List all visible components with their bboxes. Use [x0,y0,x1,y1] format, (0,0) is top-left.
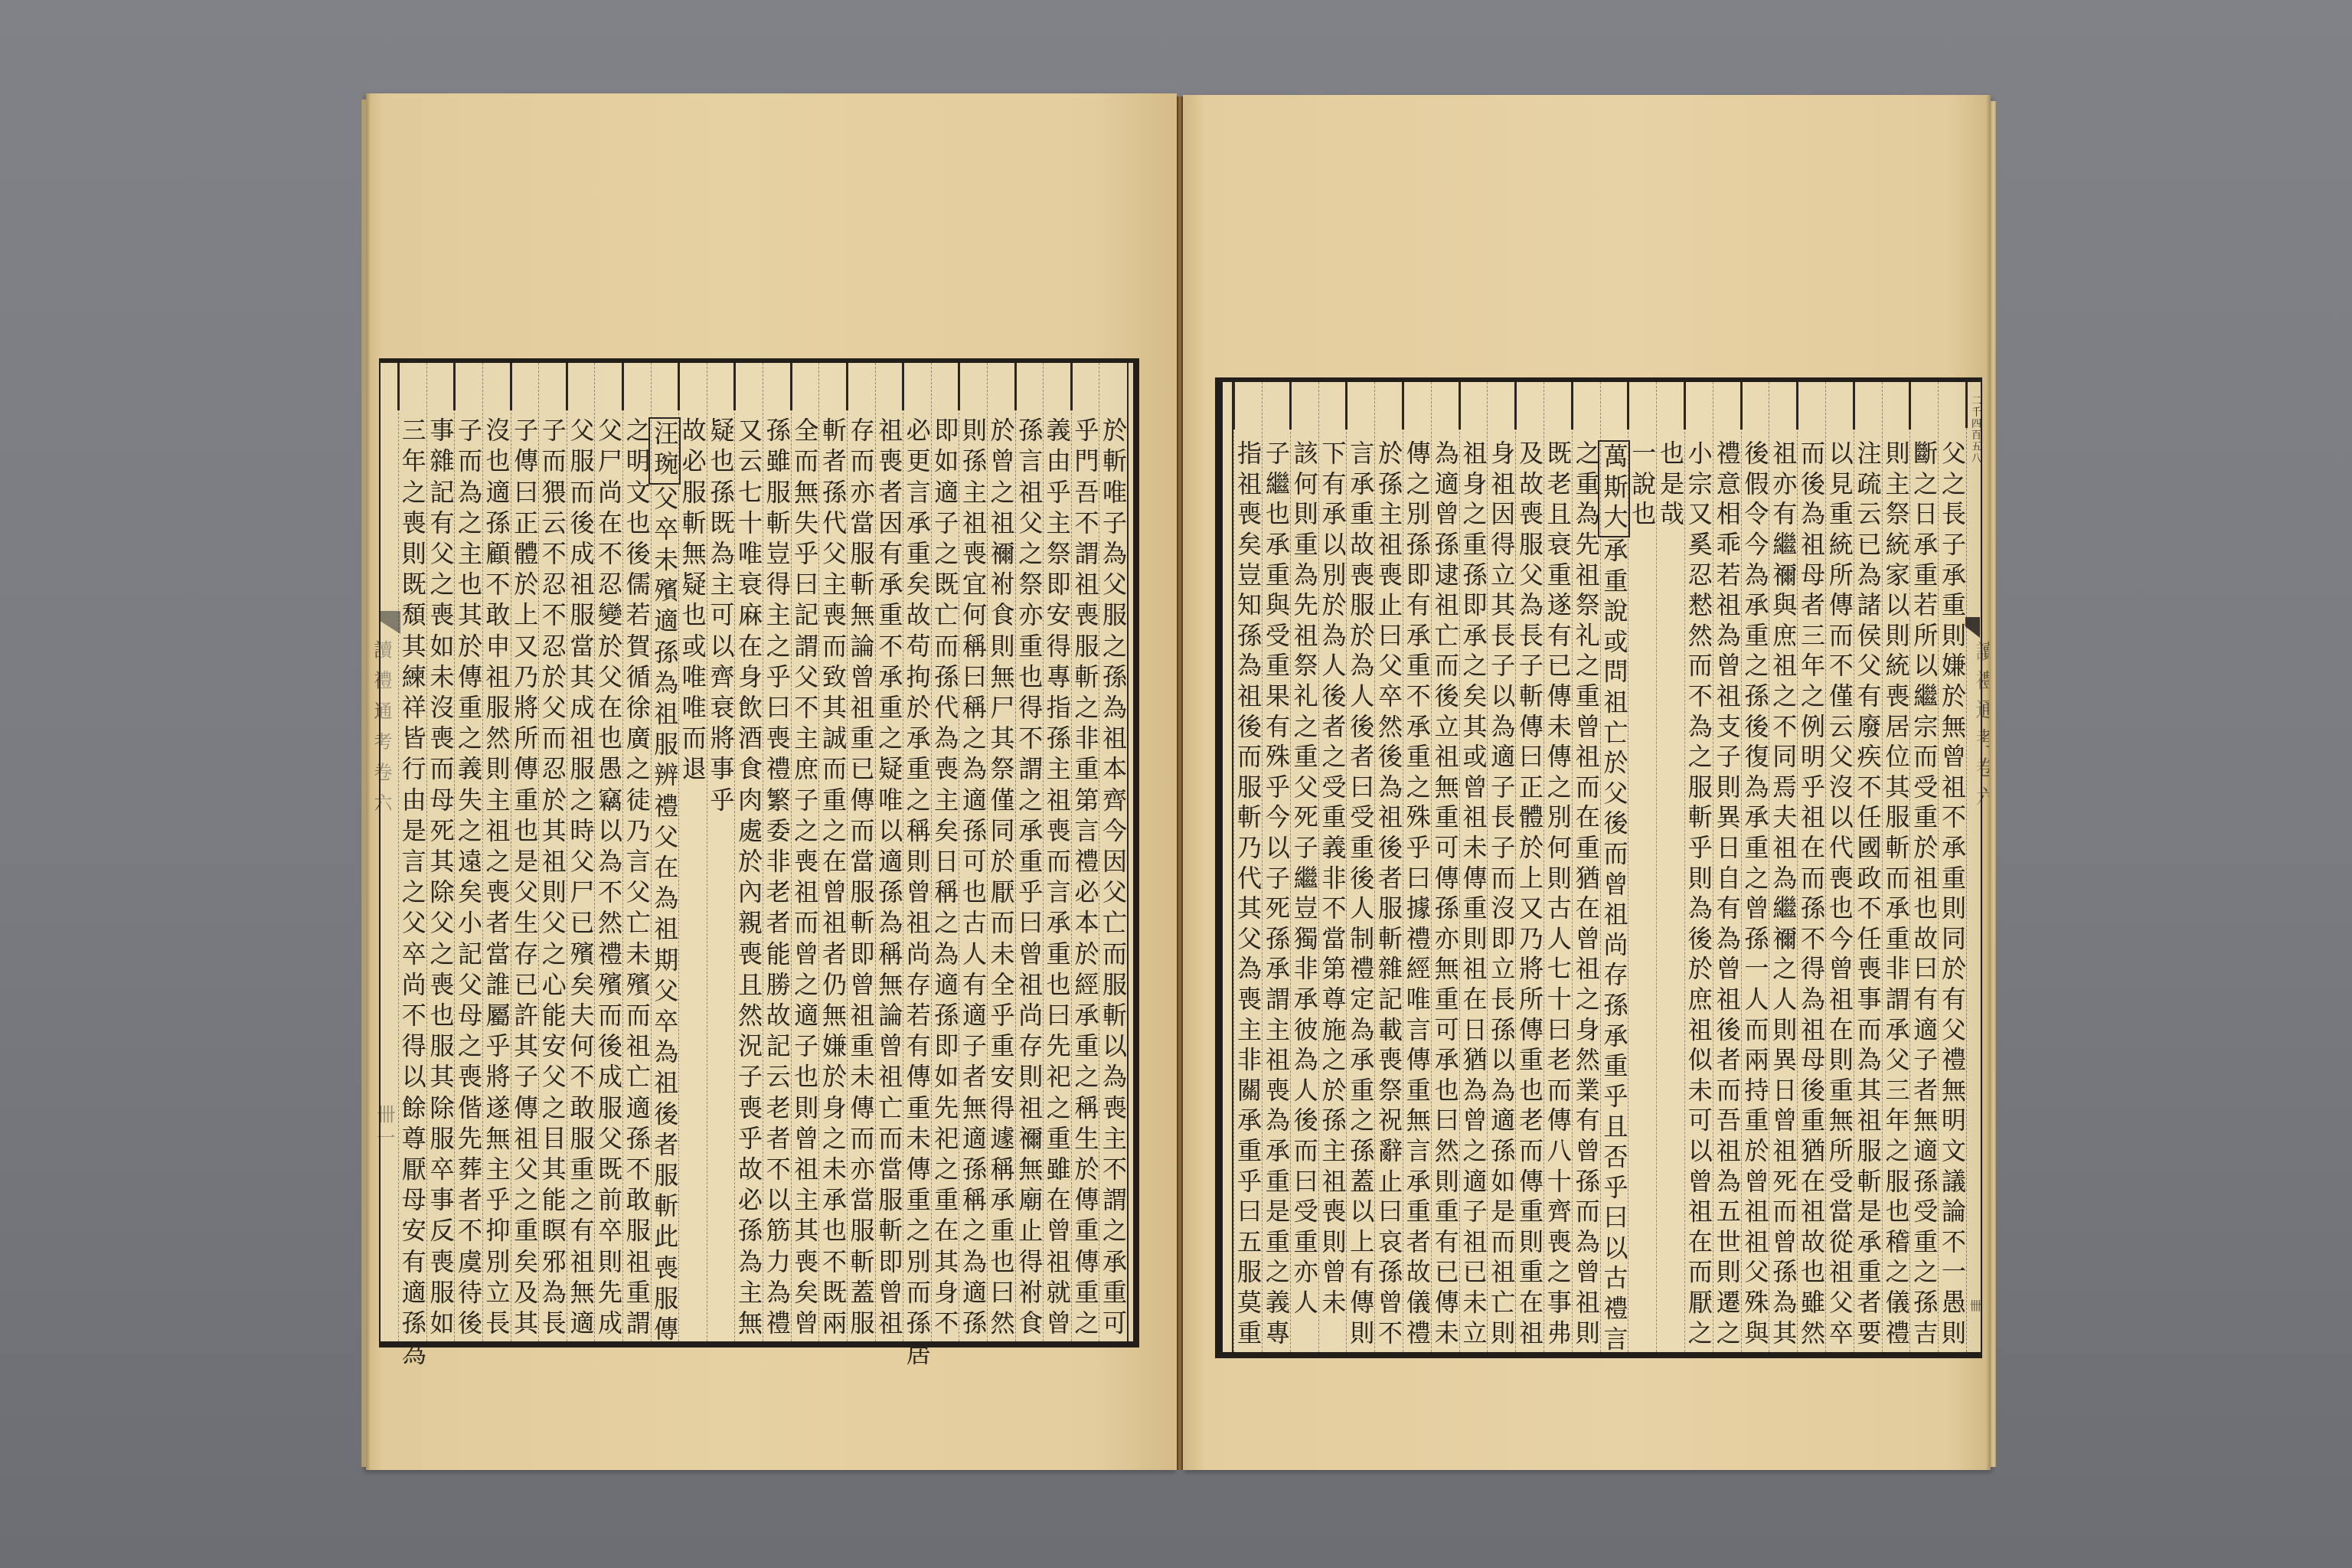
open-book-photo: 讀禮通考卷六 卌一 於斬唯子為父服之孫為祖本齊今因父亡而服斬以為喪主不謂之承重可… [0,0,2352,1568]
text-column: 子傳曰正體於上又乃將所傳重也是父生存已許其子傳祖父之重矣及其 [511,363,539,1341]
author-name-box: 萬斯大 [1598,440,1630,537]
left-text-columns: 於斬唯子為父服之孫為祖本齊今因父亡而服斬以為喪主不謂之承重可 乎門吾不謂祖喪服斬… [398,363,1127,1341]
fishtail-mark-icon [1965,617,1980,638]
text-column: 祖身之重孫即承之矣其或曾祖未傳重則祖在日猶為曾之適子祖已未立 [1459,382,1488,1352]
text-column: 及故喪服父為長子斬傳曰正體於上又乃將所傳重也老而傳重則重在祖 [1515,382,1543,1352]
text-column: 父之長子承重則嫌於無曾祖不承重則同於有父禮無明文議論不一愚則 [1938,382,1966,1352]
margin-page-count: 二千四百五八 [1969,395,1981,464]
column-text: 父卒未殯適孫為祖服辨禮父在為祖期父卒為祖後者服斬此喪服傳 [650,485,679,1347]
text-column: 指祖喪矣豈知孫為祖後而服斬乃代其父為喪主非關承重乎曰五服莫重 [1233,382,1262,1352]
text-column: 子繼也承重與受重果有殊乎今以子死孫承謂主祖喪為承重是重之義專 [1262,382,1290,1352]
text-column: 於曾之祖禰祔食則無尸其祭僅同於厭而未全乎重安得遽稱承重也曰然 [987,363,1015,1341]
left-page: 讀禮通考卷六 卌一 於斬唯子為父服之孫為祖本齊今因父亡而服斬以為喪主不謂之承重可… [366,93,1177,1470]
text-column: 之重為先祖祭礼之重曾祖而在重猶在曾祖之身然業有曾孫而為曾祖則 [1572,382,1600,1352]
text-column: 存而亦當服斬無論曾祖重已傳而當服斬即曾祖重未傳而亦當服斬蓋服 [847,363,875,1341]
text-column: 孫雖服斬豈得主之乎曰喪禮繁委非老者能勝故記云老者不以筋力為禮 [763,363,791,1341]
text-column: 一說也 [1628,382,1656,1352]
text-column: 事雜記有父之喪如未沒喪而母死其除父之喪也服其除服卒事反喪服如 [426,363,455,1341]
column-text: 承重說或問祖亡於父後而曾祖尚存孫承重乎且否乎曰以古禮言 [1599,537,1628,1356]
text-column: 沒也適孫顧不敢申祖服然則主祖之喪者當誰屬乎將遂無主乎抑別立長 [482,363,511,1341]
text-column: 傳之別孫即有承重不承重之殊乎曰據禮經唯言傳重無言承重者故儀禮 [1403,382,1431,1352]
folio-number: 卌 [1968,1299,1981,1315]
text-column: 孫言祖父之祭亦重也得不謂之承重乎曰曾祖尚存則祖禰無廟止得祔食 [1015,363,1044,1341]
text-column: 下有承以別於為人後者之受重義非不當第尊施之於孫主祖喪則曾未 [1318,382,1347,1352]
text-column: 萬斯大承重說或問祖亡於父後而曾祖尚存孫承重乎且否乎曰以古禮言 [1600,382,1628,1352]
text-column: 禮意相乖若祖為曾祖支子則異日自有為曾祖後者而吾祖為五世則遷之 [1713,382,1741,1352]
text-column: 祖亦有繼禰與庶祖之不同焉夫祖為繼禰之人則異日曾祖死而曾孫為其 [1769,382,1797,1352]
text-column: 必更言承重矣故苟拘於承重之稱則曾祖尚存若有傳重未傳重之別而孫居 [903,363,931,1341]
text-column: 為適曾孫逮祖亡而後立祖無重可傳孫亦無重可承也曰然則重有已傳未 [1431,382,1459,1352]
text-column: 又云七十唯衰麻在身飲酒食肉處於內親喪且然況子喪乎故必孫為主無 [734,363,763,1341]
text-column: 後假令今為承重之孫後復為承重之曾孫一人而兩持重於曾祖祖父殊與 [1741,382,1769,1352]
text-column: 三年之喪則既頹其練祥皆行由是言之父卒尚不得以餘尊厭母安有適孫為 [398,363,426,1341]
text-column: 汪琬父卒未殯適孫為祖服辨禮父在為祖期父卒為祖後者服斬此喪服傳 [651,363,679,1341]
right-page: 讀禮通考卷六 二千四百五八 卌 父之長子承重則嫌於無曾祖不承重則同於有父禮無明文… [1183,95,1991,1470]
text-column: 身祖因得立其長子以為適子長子而沒即立長孫以為適孫如是而祖亡則 [1487,382,1515,1352]
book-spine [1177,96,1183,1470]
text-column: 祖喪者因有承重不承重之疑唯以適孫為稱無論曾祖亡而當服斬即曾祖 [875,363,903,1341]
text-column: 乎門吾不謂祖喪服斬之非重第言禮必本於經承重之稱生於傳重傳重之 [1071,363,1099,1341]
text-column: 言承重故喪服於為人後者曰受重後人制禮定為承重之孫蓋以上有傳則 [1346,382,1374,1352]
text-column: 則主祭統家以則統喪居位其服斬而承重非謂承父三年之服也稽之儀禮 [1882,382,1910,1352]
text-column: 而後為祖母者三年之例明乎祖在而孫不得為祖母後重猶在祖故也雖然 [1797,382,1825,1352]
text-column: 也是哉 [1656,382,1684,1352]
text-column: 子而為之主也其於傳重之義失之遠矣小記父母之喪偕先葬者不虞待後 [454,363,482,1341]
left-text-frame: 於斬唯子為父服之孫為祖本齊今因父亡而服斬以為喪主不謂之承重可 乎門吾不謂祖喪服斬… [379,358,1139,1347]
text-column: 既老且衰重遂有已傳未傳之別何則古人七十曰老而傳八十齊喪之事弗 [1543,382,1572,1352]
text-column: 於斬唯子為父服之孫為祖本齊今因父亡而服斬以為喪主不謂之承重可 [1099,363,1127,1341]
text-column: 則孫主祖喪宜何稱曰稱之為適孫可也古人有適子者無適孫稱之為適孫 [959,363,987,1341]
text-column: 即如適子之既亡而孫代為喪主矣日稱之為適孫即如先祀之重在其身不 [931,363,959,1341]
right-text-columns: 父之長子承重則嫌於無曾祖不承重則同於有父禮無明文議論不一愚則 斷之日承重若所以繼… [1233,382,1967,1352]
right-page-edges [1991,101,1996,1467]
text-column: 全而無失乎曰記謂父不主庶子之喪祖而曾之適子也則曾祖主其喪矣曾 [791,363,819,1341]
text-column: 該何則重為先祖祭礼之重父死子繼豈獨非承彼為人後而曰受重亦人 [1290,382,1318,1352]
text-column: 之明文也後儒若賀循徐廣之徒乃言父亡未殯而祖亡適孫不敢服祖重謂 [622,363,651,1341]
text-column: 小宗又奚忍慭然而不為之服斬乎則為後於庶祖似未可以曾祖在而厭之 [1684,382,1713,1352]
text-column: 斬者孫代父主喪而致其誠而重之在曾祖者仍無嫌於身之未承也不既兩 [818,363,847,1341]
text-column: 子而猥云不忍不忍於父而忍於其祖則父之心能安父之目其能瞑邪為長 [538,363,567,1341]
text-column: 斷之日承重若所以繼宗而受重於祖也故曰有適子者無適孫受重之孫吉 [1909,382,1938,1352]
text-column: 注疏云已為諸侯父有廢疾不任國政不任喪事而為其祖服斬是承重者要 [1854,382,1882,1352]
text-column: 義由乎主祭即安得專指孫主祖喪而言承重也曰先祀之重雖在曾祖就曾 [1043,363,1071,1341]
text-column: 父尸尚在不忍變於父在也愚竊以為不然禮殯而後成服父既前卒則先成 [594,363,622,1341]
author-name-box: 汪琬 [648,417,681,485]
text-column: 故必服斬無疑也或唯唯而退 [678,363,707,1341]
text-column: 於孫主祖喪止曰父卒然後為祖後者服斬雜記載喪祭祝辭止曰哀孫曾不 [1374,382,1403,1352]
text-column: 父服而後成祖服當其成祖服之時父尸已殯矣夫何不敢服重之有祖無適 [567,363,595,1341]
right-text-frame: 二千四百五八 卌 父之長子承重則嫌於無曾祖不承重則同於有父禮無明文議論不一愚則 … [1215,377,1982,1358]
text-column: 以見重統所傳而不僅云父沒以代喪也今曾祖在則重無所受當從祖父卒 [1825,382,1854,1352]
text-column: 疑也孫既為主可以齊衰將事乎 [707,363,735,1341]
